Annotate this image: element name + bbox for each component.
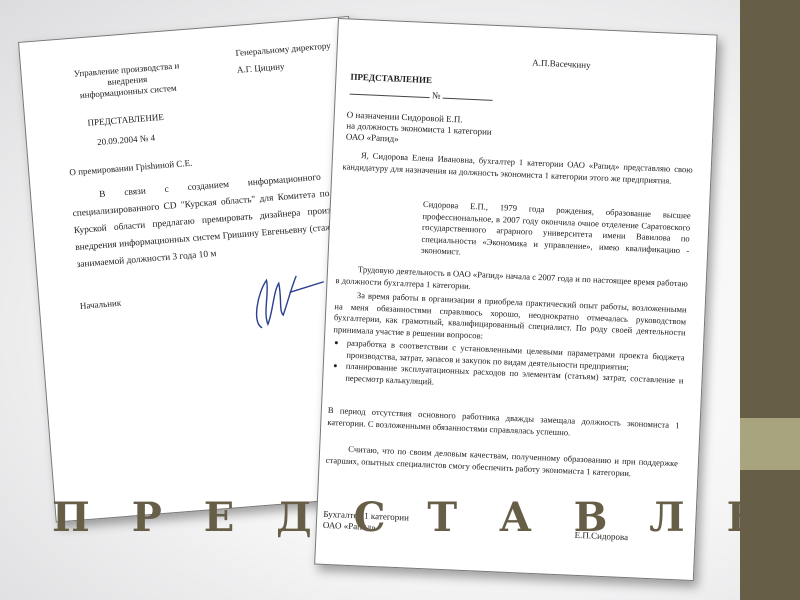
doc-heading: ПРЕДСТАВЛЕНИЕ [350,72,432,87]
sidebar-accent-band [740,418,800,470]
addressee: Генеральному директоруА.Г. Цицину [235,40,332,75]
doc-subject: О премировании Грishиной С.Е. [69,158,193,179]
doc-heading: ПРЕДСТАВЛЕНИЕ [87,112,164,129]
conclusion-paragraph: Считаю, что по своим деловым качествам, … [325,443,678,482]
doc-number-line: № [350,86,493,104]
doc-subject: О назначении Сидоровой Е.П.на должность … [346,109,493,148]
department: Управление производства ивнедренияинформ… [61,59,193,102]
signer-title: Начальник [80,298,122,312]
slide-title: П Р Е Д С Т А В Л Е Н И Е [52,494,800,541]
substitute-paragraph: В период отсутствия основного работника … [327,405,680,444]
bio-paragraph: Сидорова Е.П., 1979 года рождения, образ… [421,199,691,269]
addressee: А.П.Васечкину [532,58,591,72]
doc-date-number: 20.09.2004 № 4 [97,133,156,149]
signature-icon [238,267,332,334]
intro-paragraph: Я, Сидорова Елена Ивановна, бухгалтер 1 … [342,149,693,187]
